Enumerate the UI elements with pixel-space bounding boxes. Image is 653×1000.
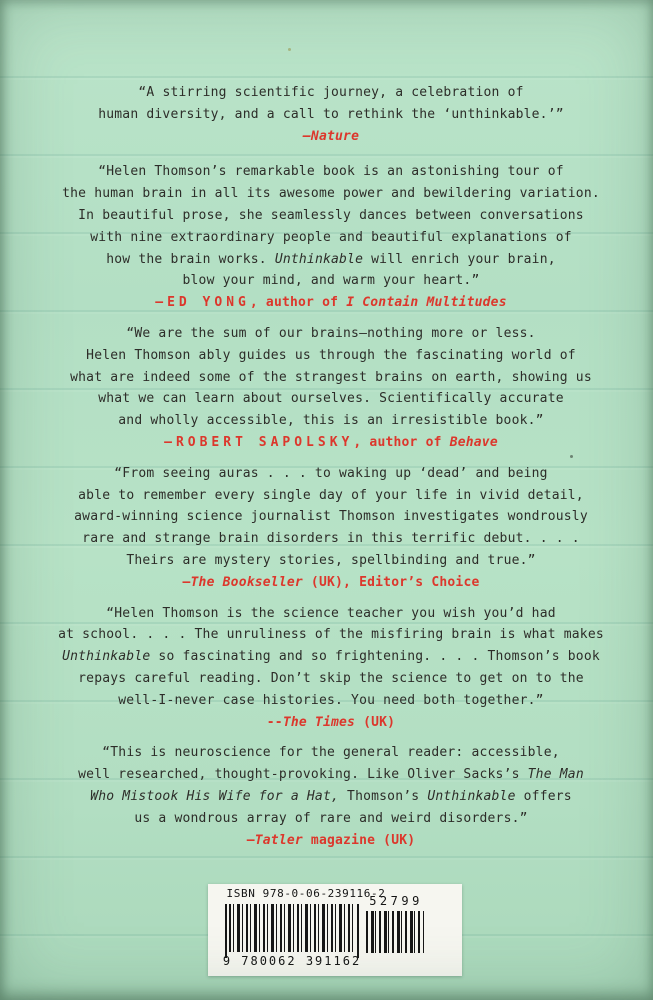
quote-text-segment: Tatler	[255, 833, 303, 848]
quote-text-segment: Unthinkable	[275, 252, 363, 267]
quote-attribution: —Nature	[9, 126, 653, 148]
quote-text-segment: “From seeing auras . . . to waking up ‘d…	[114, 466, 547, 481]
quote-text-segment: Theirs are mystery stories, spellbinding…	[126, 553, 535, 568]
quote-line: “Helen Thomson’s remarkable book is an a…	[9, 161, 653, 183]
quote-line: how the brain works. Unthinkable will en…	[9, 249, 653, 271]
quote-text-segment: —	[183, 575, 191, 590]
quote-line: the human brain in all its awesome power…	[9, 183, 653, 205]
quote-attribution: —ROBERT SAPOLSKY, author of Behave	[9, 432, 653, 454]
review-quote-sapolsky: “We are the sum of our brains—nothing mo…	[9, 323, 653, 454]
quote-line: In beautiful prose, she seamlessly dance…	[9, 205, 653, 227]
quote-text-segment: Who Mistook His Wife for a Hat,	[90, 789, 339, 804]
book-back-cover: “A stirring scientific journey, a celebr…	[0, 0, 653, 1000]
review-quote-bookseller: “From seeing auras . . . to waking up ‘d…	[9, 463, 653, 594]
quote-text-segment: Behave	[450, 435, 498, 450]
quote-text-segment: I Contain Multitudes	[346, 295, 507, 310]
quote-text-segment: magazine (UK)	[303, 833, 415, 848]
quote-text-segment: well researched, thought-provoking. Like…	[78, 767, 528, 782]
quote-text-segment: at school. . . . The unruliness of the m…	[58, 627, 604, 642]
quote-text-segment: The Times	[283, 715, 355, 730]
quote-text-segment: blow your mind, and warm your heart.”	[183, 273, 480, 288]
quote-text-segment: so fascinating and so frightening. . . .…	[150, 649, 600, 664]
quote-line: well researched, thought-provoking. Like…	[9, 764, 653, 786]
quote-text-segment: The Bookseller	[191, 575, 303, 590]
quote-text-segment: award-winning science journalist Thomson…	[74, 509, 588, 524]
barcode-panel: ISBN 978-0-06-239116-2 9 780062 391162 5…	[208, 884, 462, 976]
quote-text-segment: —Nature	[303, 129, 359, 144]
quote-text-segment: “We are the sum of our brains—nothing mo…	[126, 326, 535, 341]
quote-line: and wholly accessible, this is an irresi…	[9, 410, 653, 432]
quote-text-segment: able to remember every single day of you…	[78, 488, 584, 503]
quote-text-segment: well-I-never case histories. You need bo…	[118, 693, 543, 708]
quote-line: what we can learn about ourselves. Scien…	[9, 388, 653, 410]
quote-attribution: —ED YONG, author of I Contain Multitudes	[9, 292, 653, 314]
paper-speck	[288, 48, 291, 51]
review-quote-nature: “A stirring scientific journey, a celebr…	[9, 82, 653, 147]
quote-attribution: —Tatler magazine (UK)	[9, 830, 653, 852]
quote-line: at school. . . . The unruliness of the m…	[9, 624, 653, 646]
quote-text-segment: us a wondrous array of rare and weird di…	[134, 811, 527, 826]
quote-text-segment: “Helen Thomson’s remarkable book is an a…	[98, 164, 564, 179]
quote-text-segment: The Man	[528, 767, 584, 782]
quote-text-segment: Unthinkable	[62, 649, 150, 664]
quote-text-segment: —ED YONG	[155, 295, 250, 310]
quote-line: Helen Thomson ably guides us through the…	[9, 345, 653, 367]
quote-text-segment: “Helen Thomson is the science teacher yo…	[106, 606, 556, 621]
quote-text-segment: —	[247, 833, 255, 848]
ean-digits: 9 780062 391162	[208, 954, 376, 968]
quote-line: well-I-never case histories. You need bo…	[9, 690, 653, 712]
quote-text-segment: “This is neuroscience for the general re…	[102, 745, 560, 760]
quote-text-segment: how the brain works.	[106, 252, 275, 267]
quote-text-segment: offers	[516, 789, 572, 804]
quote-text-segment: what we can learn about ourselves. Scien…	[98, 391, 564, 406]
quote-line: Unthinkable so fascinating and so fright…	[9, 646, 653, 668]
quote-line: “Helen Thomson is the science teacher yo…	[9, 603, 653, 625]
quote-line: “A stirring scientific journey, a celebr…	[9, 82, 653, 104]
quote-text-segment: , author of	[353, 435, 449, 450]
quote-text-segment: the human brain in all its awesome power…	[62, 186, 600, 201]
reviews-section: “A stirring scientific journey, a celebr…	[0, 82, 653, 860]
quote-line: “This is neuroscience for the general re…	[9, 742, 653, 764]
quote-text-segment: (UK)	[355, 715, 395, 730]
quote-text-segment: rare and strange brain disorders in this…	[82, 531, 580, 546]
quote-line: with nine extraordinary people and beaut…	[9, 227, 653, 249]
quote-text-segment: with nine extraordinary people and beaut…	[90, 230, 572, 245]
quote-line: “We are the sum of our brains—nothing mo…	[9, 323, 653, 345]
quote-line: able to remember every single day of you…	[9, 485, 653, 507]
quote-line: rare and strange brain disorders in this…	[9, 528, 653, 550]
quote-line: us a wondrous array of rare and weird di…	[9, 808, 653, 830]
review-quote-ed-yong: “Helen Thomson’s remarkable book is an a…	[9, 161, 653, 314]
quote-line: blow your mind, and warm your heart.”	[9, 270, 653, 292]
price-supplement-digits: 52799	[365, 894, 427, 908]
quote-text-segment: human diversity, and a call to rethink t…	[98, 107, 564, 122]
quote-text-segment: In beautiful prose, she seamlessly dance…	[78, 208, 584, 223]
ean-barcode	[229, 904, 355, 952]
quote-line: repays careful reading. Don’t skip the s…	[9, 668, 653, 690]
quote-text-segment: Helen Thomson ably guides us through the…	[86, 348, 576, 363]
quote-text-segment: “A stirring scientific journey, a celebr…	[138, 85, 523, 100]
quote-text-segment: what are indeed some of the strangest br…	[70, 370, 592, 385]
quote-text-segment: —ROBERT SAPOLSKY	[164, 435, 353, 450]
quote-line: human diversity, and a call to rethink t…	[9, 104, 653, 126]
quote-attribution: --The Times (UK)	[9, 712, 653, 734]
quote-line: “From seeing auras . . . to waking up ‘d…	[9, 463, 653, 485]
quote-attribution: —The Bookseller (UK), Editor’s Choice	[9, 572, 653, 594]
quote-text-segment: Thomson’s	[339, 789, 427, 804]
quote-text-segment: repays careful reading. Don’t skip the s…	[78, 671, 584, 686]
quote-text-segment: , author of	[250, 295, 346, 310]
quote-line: award-winning science journalist Thomson…	[9, 506, 653, 528]
quote-line: what are indeed some of the strangest br…	[9, 367, 653, 389]
quote-text-segment: (UK), Editor’s Choice	[303, 575, 480, 590]
review-quote-times: “Helen Thomson is the science teacher yo…	[9, 603, 653, 734]
price-supplement-barcode	[366, 911, 424, 953]
quote-text-segment: Unthinkable	[427, 789, 515, 804]
review-quote-tatler: “This is neuroscience for the general re…	[9, 742, 653, 851]
quote-line: Who Mistook His Wife for a Hat, Thomson’…	[9, 786, 653, 808]
quote-text-segment: will enrich your brain,	[363, 252, 556, 267]
quote-text-segment: and wholly accessible, this is an irresi…	[118, 413, 543, 428]
quote-line: Theirs are mystery stories, spellbinding…	[9, 550, 653, 572]
quote-text-segment: --	[267, 715, 283, 730]
